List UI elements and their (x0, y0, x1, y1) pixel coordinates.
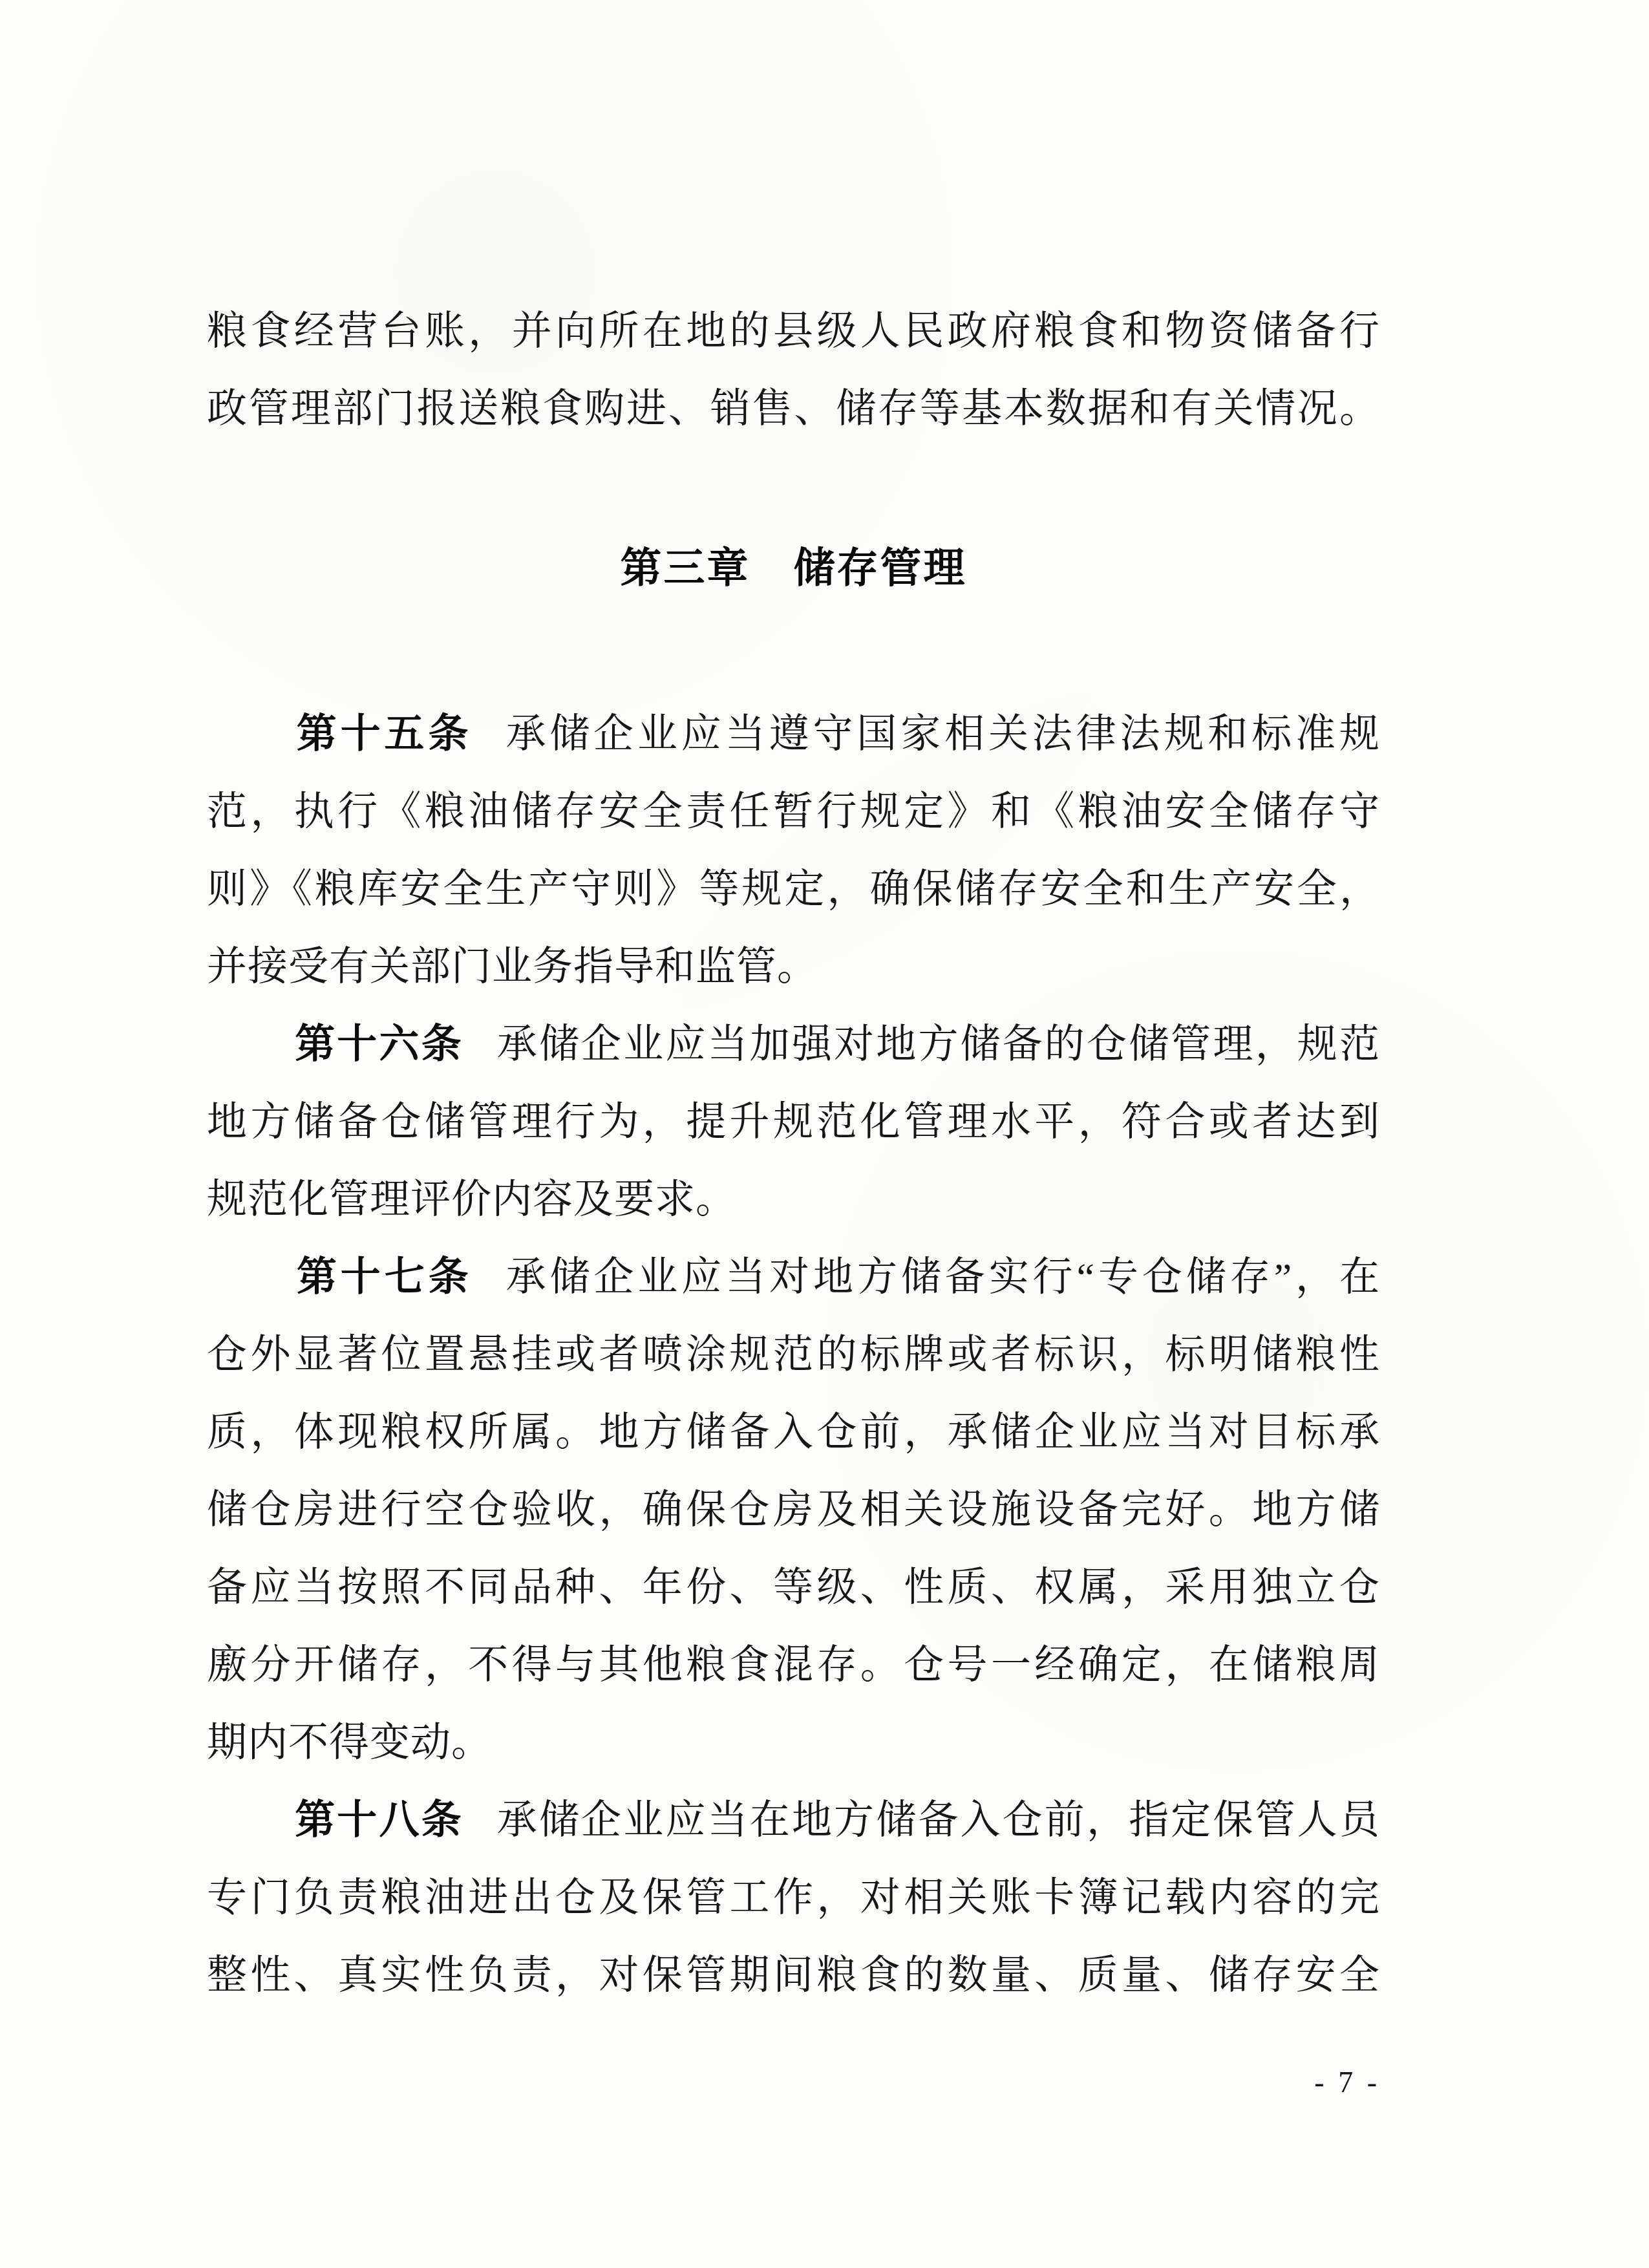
first-line-indent (207, 1833, 293, 1834)
line-text: 廒分开储存，不得与其他粮食混存。仓号一经确定，在储粮周 (207, 1643, 1380, 1687)
article-number: 第十六条 (293, 1022, 463, 1067)
text-line: 专门负责粮油进出仓及保管工作，对相关账卡簿记载内容的完 (207, 1859, 1380, 1937)
text-line: 仓外显著位置悬挂或者喷涂规范的标牌或者标识，标明储粮性 (207, 1316, 1380, 1394)
text-line: 整性、真实性负责，对保管期间粮食的数量、质量、储存安全 (207, 1937, 1380, 2015)
text-line: 并接受有关部门业务指导和监管。 (207, 928, 1380, 1006)
line-text: 政管理部门报送粮食购进、销售、储存等基本数据和有关情况。 (207, 387, 1380, 431)
line-text: 承储企业应当对地方储备实行“专仓储存”，在 (506, 1256, 1380, 1300)
text-line: 第十五条承储企业应当遵守国家相关法律法规和标准规 (207, 696, 1380, 773)
article-number: 第十五条 (293, 712, 472, 756)
first-line-indent (207, 1290, 293, 1290)
text-line: 规范化管理评价内容及要求。 (207, 1161, 1380, 1239)
text-line: 地方储备仓储管理行为，提升规范化管理水平，符合或者达到 (207, 1084, 1380, 1161)
text-line: 粮食经营台账，并向所在地的县级人民政府粮食和物资储备行 (207, 293, 1380, 370)
text-line: 期内不得变动。 (207, 1704, 1380, 1782)
line-text: 则》《粮库安全生产守则》等规定，确保储存安全和生产安全， (207, 868, 1380, 912)
text-line: 第十八条承储企业应当在地方储备入仓前，指定保管人员 (207, 1782, 1380, 1859)
text-line: 备应当按照不同品种、年份、等级、性质、权属，采用独立仓 (207, 1549, 1380, 1627)
line-text: 质，体现粮权所属。地方储备入仓前，承储企业应当对目标承 (207, 1411, 1380, 1455)
text-line: 第十六条承储企业应当加强对地方储备的仓储管理，规范 (207, 1006, 1380, 1084)
line-text: 承储企业应当在地方储备入仓前，指定保管人员 (497, 1799, 1380, 1843)
line-text: 专门负责粮油进出仓及保管工作，对相关账卡簿记载内容的完 (207, 1876, 1380, 1920)
text-line: 质，体现粮权所属。地方储备入仓前，承储企业应当对目标承 (207, 1394, 1380, 1471)
document-body: 粮食经营台账，并向所在地的县级人民政府粮食和物资储备行政管理部门报送粮食购进、销… (207, 293, 1380, 2015)
line-text: 承储企业应当遵守国家相关法律法规和标准规 (505, 712, 1380, 756)
line-text: 范，执行《粮油储存安全责任暂行规定》和《粮油安全储存守 (207, 790, 1380, 834)
text-line: 政管理部门报送粮食购进、销售、储存等基本数据和有关情况。 (207, 370, 1380, 448)
text-line: 储仓房进行空仓验收，确保仓房及相关设施设备完好。地方储 (207, 1471, 1380, 1549)
line-text: 备应当按照不同品种、年份、等级、性质、权属，采用独立仓 (207, 1566, 1380, 1610)
chapter-heading: 第三章 储存管理 (207, 526, 1380, 610)
line-text: 期内不得变动。 (207, 1721, 492, 1765)
line-text: 整性、真实性负责，对保管期间粮食的数量、质量、储存安全 (207, 1954, 1380, 1998)
intro-paragraph: 粮食经营台账，并向所在地的县级人民政府粮食和物资储备行政管理部门报送粮食购进、销… (207, 293, 1380, 448)
line-text: 规范化管理评价内容及要求。 (207, 1178, 736, 1222)
text-line: 则》《粮库安全生产守则》等规定，确保储存安全和生产安全， (207, 851, 1380, 928)
line-text: 并接受有关部门业务指导和监管。 (207, 945, 818, 989)
text-line: 第十七条承储企业应当对地方储备实行“专仓储存”，在 (207, 1239, 1380, 1316)
text-line: 廒分开储存，不得与其他粮食混存。仓号一经确定，在储粮周 (207, 1627, 1380, 1704)
document-page: 粮食经营台账，并向所在地的县级人民政府粮食和物资储备行政管理部门报送粮食购进、销… (0, 0, 1649, 2268)
first-line-indent (207, 747, 293, 747)
line-text: 储仓房进行空仓验收，确保仓房及相关设施设备完好。地方储 (207, 1488, 1380, 1532)
article-number: 第十八条 (293, 1798, 463, 1843)
line-text: 粮食经营台账，并向所在地的县级人民政府粮食和物资储备行 (207, 310, 1380, 354)
line-text: 仓外显著位置悬挂或者喷涂规范的标牌或者标识，标明储粮性 (207, 1333, 1380, 1377)
first-line-indent (207, 1057, 293, 1058)
line-text: 地方储备仓储管理行为，提升规范化管理水平，符合或者达到 (207, 1100, 1380, 1144)
line-text: 承储企业应当加强对地方储备的仓储管理，规范 (497, 1023, 1380, 1067)
articles: 第十五条承储企业应当遵守国家相关法律法规和标准规范，执行《粮油储存安全责任暂行规… (207, 696, 1380, 2015)
page-number: - 7 - (207, 2066, 1380, 2099)
article-number: 第十七条 (293, 1255, 473, 1300)
text-line: 范，执行《粮油储存安全责任暂行规定》和《粮油安全储存守 (207, 773, 1380, 851)
